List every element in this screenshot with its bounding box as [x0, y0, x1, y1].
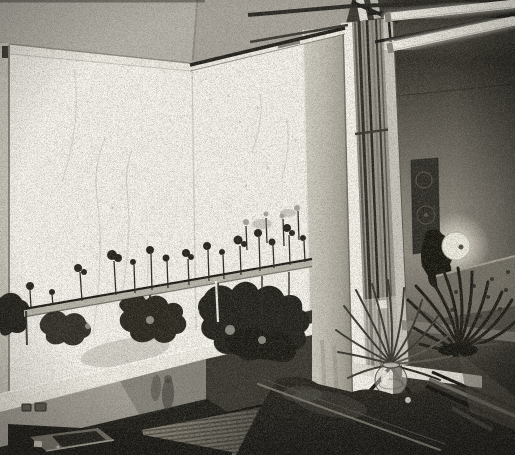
- vignette: [0, 0, 515, 455]
- photo-canvas: [0, 0, 515, 455]
- photograph: Modernist interior corner with floor-to-…: [0, 0, 515, 455]
